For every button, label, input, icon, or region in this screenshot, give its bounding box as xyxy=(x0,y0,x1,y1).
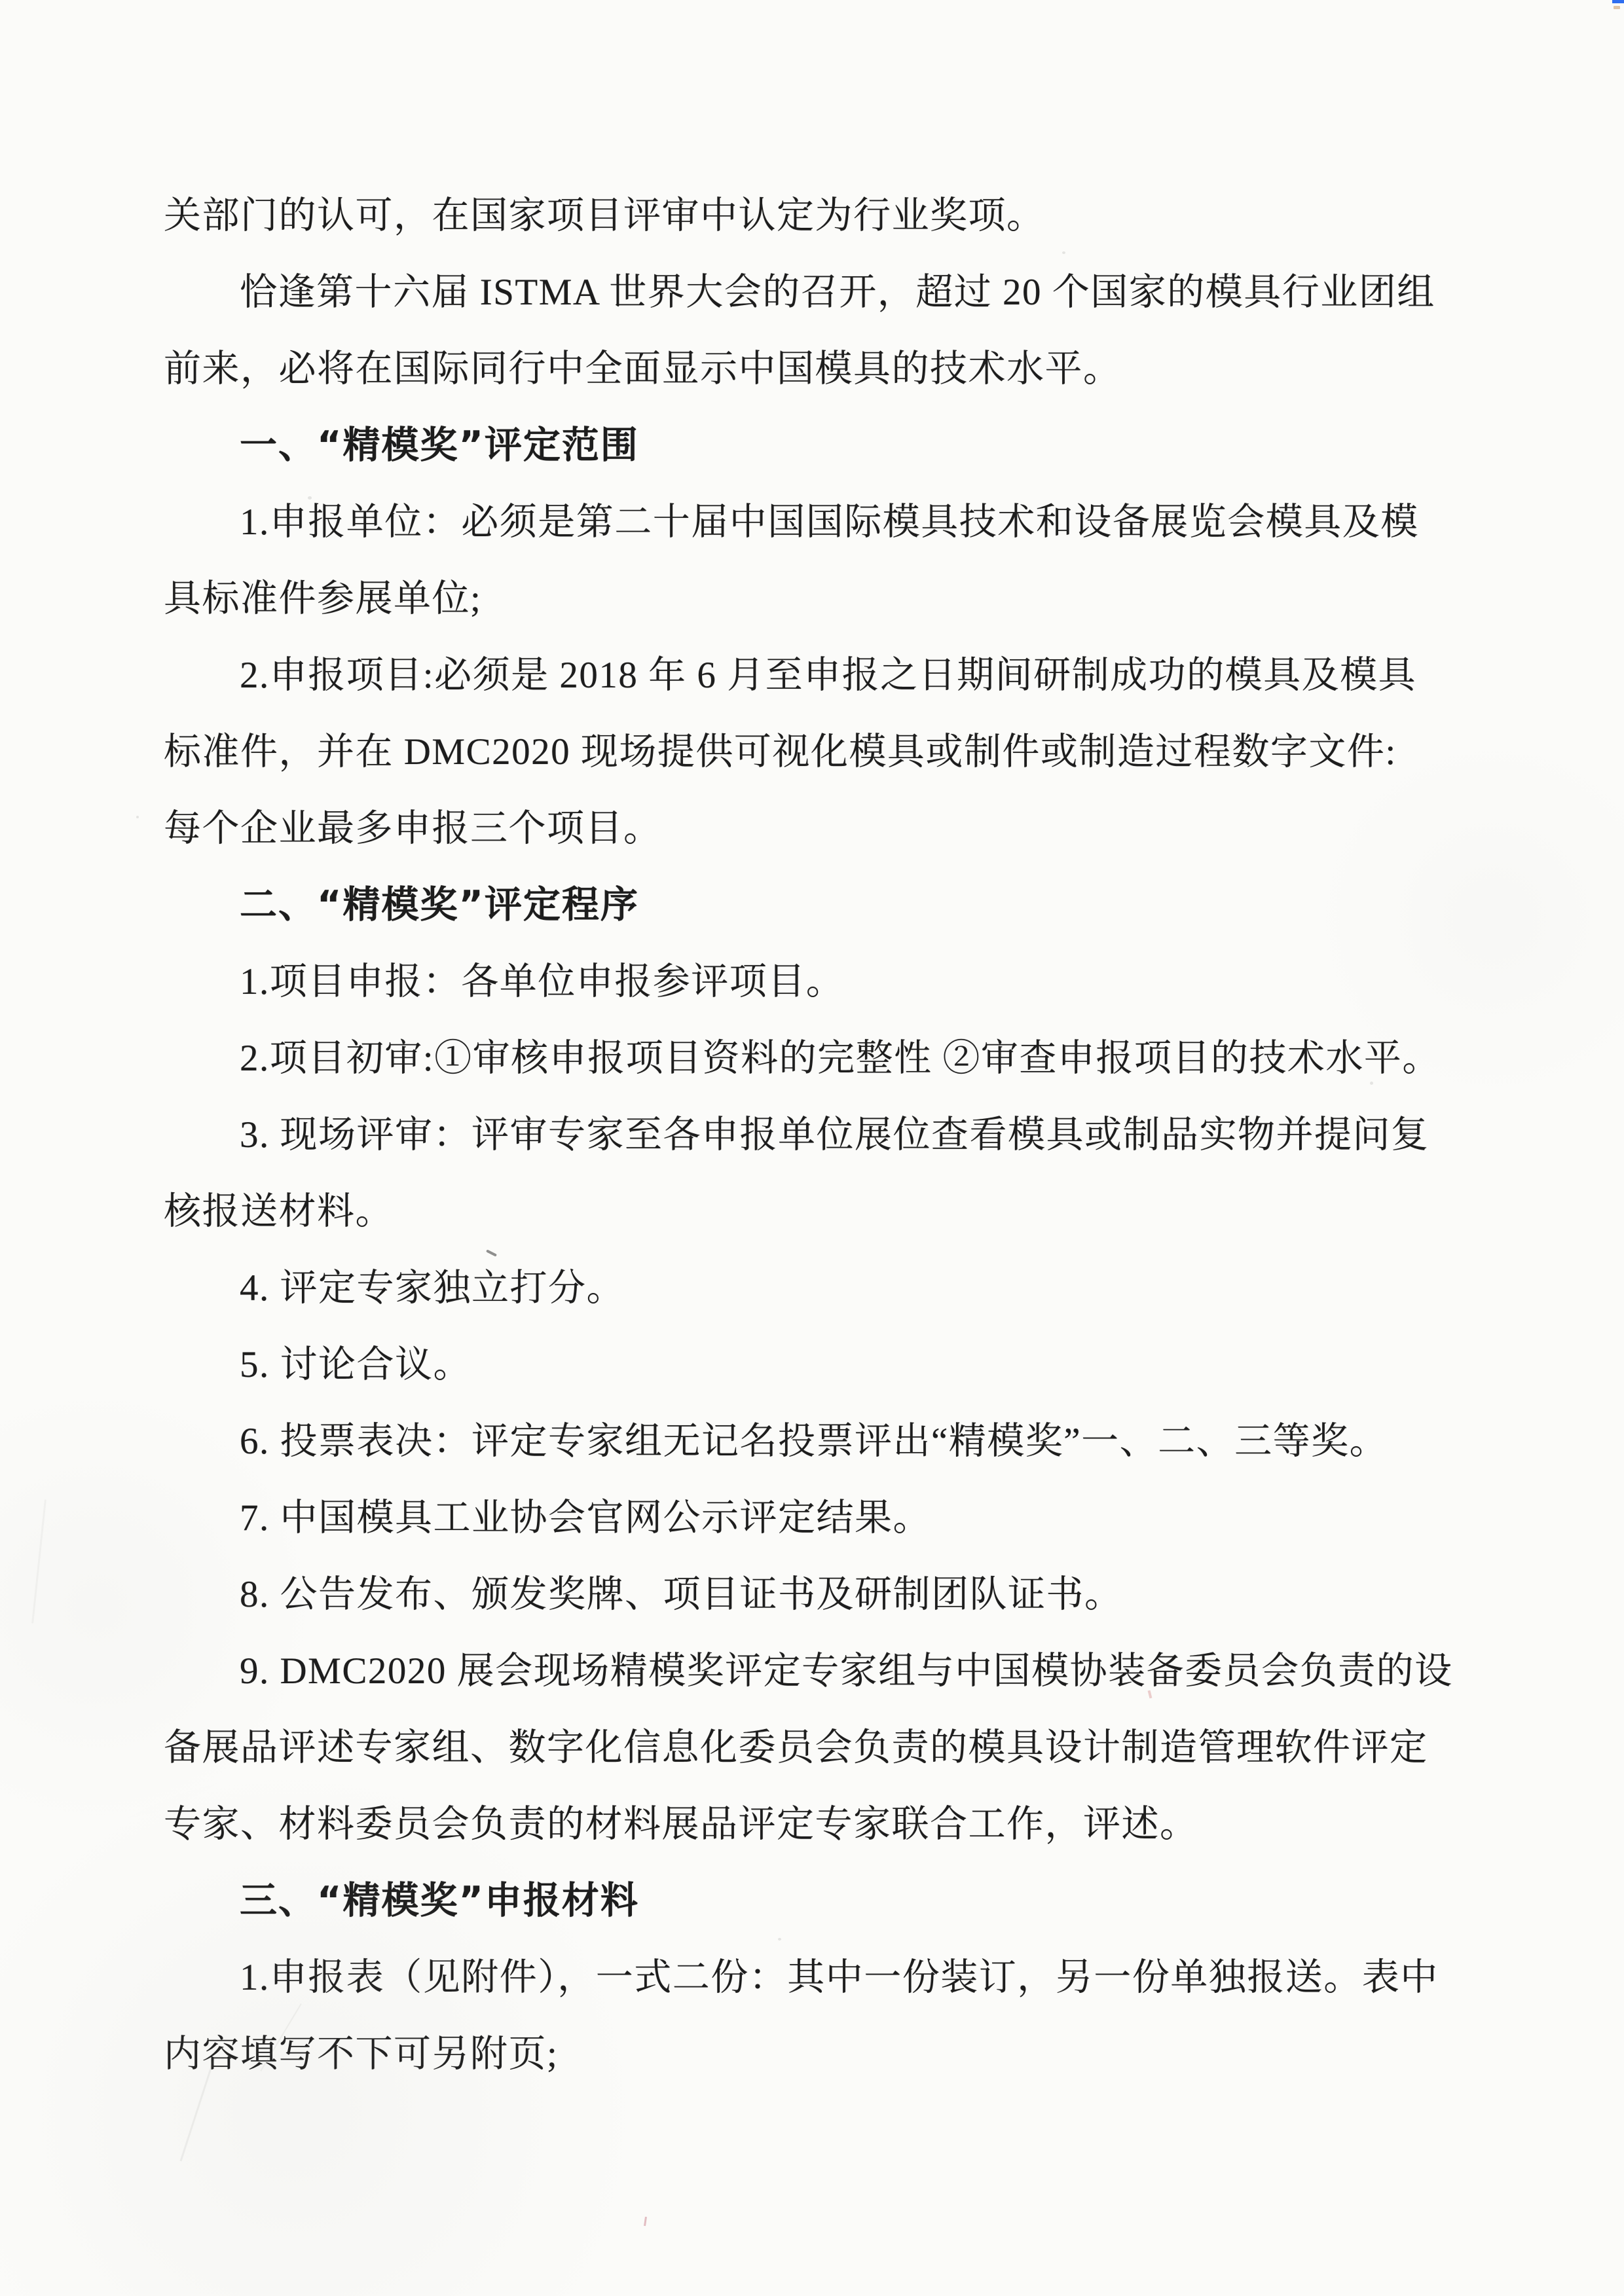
text-line: 备展品评述专家组、数字化信息化委员会负责的模具设计制造管理软件评定 xyxy=(164,1709,1424,1786)
text-line: 9. DMC2020 展会现场精模奖评定专家组与中国模协装备委员会负责的设 xyxy=(164,1633,1424,1709)
document-body: 关部门的认可，在国家项目评审中认定为行业奖项。恰逢第十六届 ISTMA 世界大会… xyxy=(164,177,1424,2092)
text-line: 核报送材料。 xyxy=(164,1173,1424,1250)
text-line: 6. 投票表决：评定专家组无记名投票评出“精模奖”一、二、三等奖。 xyxy=(164,1403,1424,1480)
text-line: 4. 评定专家独立打分。 xyxy=(164,1250,1424,1326)
heading-line: 二、“精模奖”评定程序 xyxy=(164,867,1424,943)
text-line: 8. 公告发布、颁发奖牌、项目证书及研制团队证书。 xyxy=(164,1556,1424,1633)
text-line: 关部门的认可，在国家项目评审中认定为行业奖项。 xyxy=(164,177,1424,254)
heading-line: 三、“精模奖”申报材料 xyxy=(164,1863,1424,1939)
text-line: 内容填写不下可另附页; xyxy=(164,2016,1424,2092)
text-line: 标准件，并在 DMC2020 现场提供可视化模具或制件或制造过程数字文件: xyxy=(164,714,1424,790)
text-line: 1.项目申报：各单位申报参评项目。 xyxy=(164,943,1424,1020)
text-line: 5. 讨论合议。 xyxy=(164,1326,1424,1403)
scan-artifact-corner-speck xyxy=(1614,6,1620,9)
text-line: 每个企业最多申报三个项目。 xyxy=(164,790,1424,867)
scan-artifact-corner-strip xyxy=(1612,0,1624,3)
text-line: 2.申报项目:必须是 2018 年 6 月至申报之日期间研制成功的模具及模具 xyxy=(164,637,1424,714)
text-line: 3. 现场评审：评审专家至各申报单位展位查看模具或制品实物并提问复 xyxy=(164,1097,1424,1173)
text-line: 专家、材料委员会负责的材料展品评定专家联合工作，评述。 xyxy=(164,1786,1424,1863)
text-line: 1.申报单位：必须是第二十届中国国际模具技术和设备展览会模具及模 xyxy=(164,484,1424,560)
text-line: 2.项目初审:①审核申报项目资料的完整性 ②审查申报项目的技术水平。 xyxy=(164,1020,1424,1097)
text-line: 具标准件参展单位; xyxy=(164,560,1424,637)
text-line: 1.申报表（见附件），一式二份：其中一份装订，另一份单独报送。表中 xyxy=(164,1939,1424,2016)
scan-speck xyxy=(136,816,139,818)
scan-artifact-pink-speck xyxy=(644,2217,647,2226)
scan-artifact-gray-streak xyxy=(31,1499,46,1623)
heading-line: 一、“精模奖”评定范围 xyxy=(164,407,1424,484)
document-page: 关部门的认可，在国家项目评审中认定为行业奖项。恰逢第十六届 ISTMA 世界大会… xyxy=(0,0,1624,2296)
text-line: 7. 中国模具工业协会官网公示评定结果。 xyxy=(164,1480,1424,1556)
text-line: 前来，必将在国际同行中全面显示中国模具的技术水平。 xyxy=(164,331,1424,407)
text-line: 恰逢第十六届 ISTMA 世界大会的召开，超过 20 个国家的模具行业团组 xyxy=(164,254,1424,331)
